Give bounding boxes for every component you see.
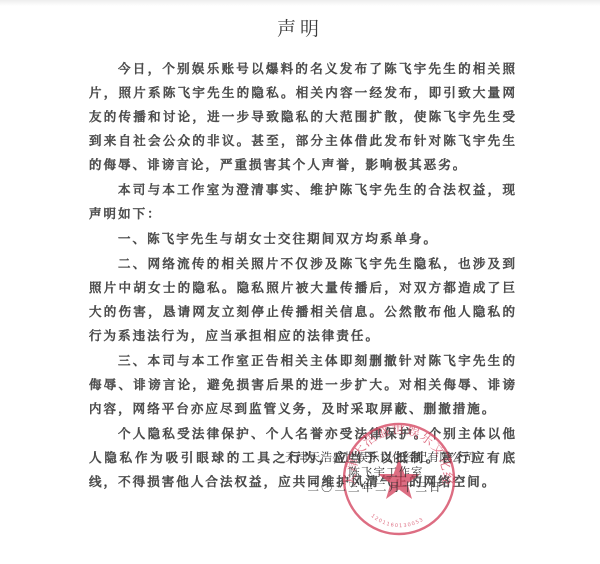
- signature-date: 二〇二三年二月十三日: [270, 480, 480, 495]
- paragraph-declaration: 本司与本工作室为澄清事实、维护陈飞宇先生的合法权益，现声明如下：: [89, 178, 517, 226]
- paragraph-intro: 今日，个别娱乐账号以爆料的名义发布了陈飞宇先生的相关照片，照片系陈飞宇先生的隐私…: [89, 57, 517, 177]
- paragraph-point-1: 一、陈飞宇先生与胡女士交往期间双方均系单身。: [89, 227, 517, 251]
- svg-text:1201160130053: 1201160130053: [370, 513, 426, 529]
- signature-block: 天津天浩盛世娱乐文化经纪有限公司 陈飞宇工作室 二〇二三年二月十三日: [280, 450, 480, 495]
- paragraph-point-3: 三、本司与本工作室正告相关主体即刻删撤针对陈飞宇先生的侮辱、诽谤言论，避免损害后…: [89, 349, 517, 421]
- document-title: 声明: [0, 14, 600, 41]
- signature-company: 天津天浩盛世娱乐文化经纪有限公司: [280, 450, 480, 465]
- paragraph-point-2: 二、网络流传的相关照片不仅涉及陈飞宇先生隐私，也涉及到照片中胡女士的隐私。隐私照…: [89, 252, 517, 348]
- top-edge: [0, 0, 600, 6]
- signature-studio: 陈飞宇工作室: [292, 465, 480, 480]
- stamp-number: 1201160130053: [370, 513, 426, 529]
